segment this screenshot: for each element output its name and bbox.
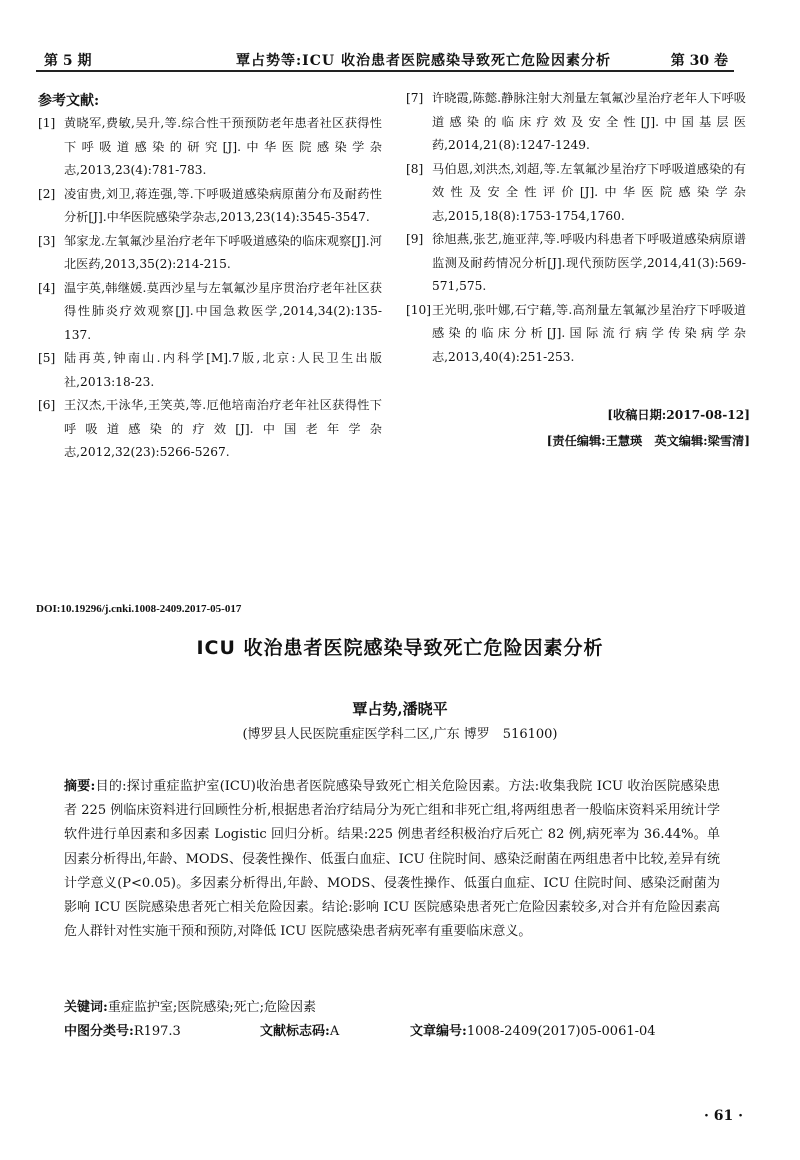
reference-item: [7] 许晓霞,陈懿.静脉注射大剂量左氧氟沙星治疗老年人下呼吸道感染的临床疗效及… xyxy=(406,87,746,158)
reference-number: [3] xyxy=(38,230,64,277)
reference-number: [10] xyxy=(406,299,432,370)
issue-number: 第 5 期 xyxy=(44,50,92,70)
running-title: 覃占势等:ICU 收治患者医院感染导致死亡危险因素分析 xyxy=(236,50,611,70)
editors-credit: [责任编辑:王慧瑛 英文编辑:梁雪清] xyxy=(547,432,750,449)
reference-number: [5] xyxy=(38,347,64,394)
document-code: 文献标志码:A xyxy=(260,1020,339,1039)
reference-text: 温宇英,韩继媛.莫西沙星与左氧氟沙星序贯治疗老年社区获得性肺炎疗效观察[J].中… xyxy=(64,277,382,348)
doi: DOI:10.19296/j.cnki.1008-2409.2017-05-01… xyxy=(36,603,241,615)
reference-text: 王汉杰,干泳华,王笑英,等.厄他培南治疗老年社区获得性下呼吸道感染的疗效[J].… xyxy=(64,394,382,465)
reference-number: [9] xyxy=(406,228,432,299)
page-number: · 61 · xyxy=(704,1108,743,1124)
reference-text: 凌宙贵,刘卫,蒋连强,等.下呼吸道感染病原菌分布及耐药性分析[J].中华医院感染… xyxy=(64,183,382,230)
reference-item: [5] 陆再英,钟南山.内科学[M].7版,北京:人民卫生出版社,2013:18… xyxy=(38,347,382,394)
reference-item: [9] 徐旭燕,张艺,施亚萍,等.呼吸内科患者下呼吸道感染病原谱监测及耐药情况分… xyxy=(406,228,746,299)
clc-number: 中图分类号:R197.3 xyxy=(64,1020,181,1039)
reference-item: [10] 王光明,张叶娜,石宁藉,等.高剂量左氧氟沙星治疗下呼吸道感染的临床分析… xyxy=(406,299,746,370)
reference-text: 陆再英,钟南山.内科学[M].7版,北京:人民卫生出版社,2013:18-23. xyxy=(64,347,382,394)
keywords: 关键词:重症监护室;医院感染;死亡;危险因素 xyxy=(64,996,316,1015)
author-affiliation: (博罗县人民医院重症医学科二区,广东 博罗 516100) xyxy=(0,723,800,742)
reference-item: [6] 王汉杰,干泳华,王笑英,等.厄他培南治疗老年社区获得性下呼吸道感染的疗效… xyxy=(38,394,382,465)
article-title: ICU 收治患者医院感染导致死亡危险因素分析 xyxy=(0,633,800,660)
reference-item: [3] 邹家龙.左氧氟沙星治疗老年下呼吸道感染的临床观察[J].河北医药,201… xyxy=(38,230,382,277)
reference-text: 马伯恩,刘洪杰,刘超,等.左氧氟沙星治疗下呼吸道感染的有效性及安全性评价[J].… xyxy=(432,158,746,229)
reference-item: [1] 黄晓军,费敏,吴升,等.综合性干预预防老年患者社区获得性下呼吸道感染的研… xyxy=(38,112,382,183)
reference-number: [7] xyxy=(406,87,432,158)
abstract-text: 目的:探讨重症监护室(ICU)收治患者医院感染导致死亡相关危险因素。方法:收集我… xyxy=(64,779,720,939)
reference-item: [2] 凌宙贵,刘卫,蒋连强,等.下呼吸道感染病原菌分布及耐药性分析[J].中华… xyxy=(38,183,382,230)
reference-item: [8] 马伯恩,刘洪杰,刘超,等.左氧氟沙星治疗下呼吸道感染的有效性及安全性评价… xyxy=(406,158,746,229)
references-column-left: [1] 黄晓军,费敏,吴升,等.综合性干预预防老年患者社区获得性下呼吸道感染的研… xyxy=(38,112,382,465)
reference-number: [1] xyxy=(38,112,64,183)
reference-text: 徐旭燕,张艺,施亚萍,等.呼吸内科患者下呼吸道感染病原谱监测及耐药情况分析[J]… xyxy=(432,228,746,299)
keywords-label: 关键词: xyxy=(64,1000,108,1015)
reference-item: [4] 温宇英,韩继媛.莫西沙星与左氧氟沙星序贯治疗老年社区获得性肺炎疗效观察[… xyxy=(38,277,382,348)
reference-text: 许晓霞,陈懿.静脉注射大剂量左氧氟沙星治疗老年人下呼吸道感染的临床疗效及安全性[… xyxy=(432,87,746,158)
reference-number: [6] xyxy=(38,394,64,465)
reference-number: [2] xyxy=(38,183,64,230)
reference-text: 黄晓军,费敏,吴升,等.综合性干预预防老年患者社区获得性下呼吸道感染的研究[J]… xyxy=(64,112,382,183)
keywords-text: 重症监护室;医院感染;死亡;危险因素 xyxy=(108,1000,316,1015)
article-number: 文章编号:1008-2409(2017)05-0061-04 xyxy=(410,1020,656,1039)
references-heading: 参考文献: xyxy=(38,90,99,110)
article-authors: 覃占势,潘晓平 xyxy=(0,698,800,719)
volume-number: 第 30 卷 xyxy=(671,50,728,70)
running-header: 第 5 期 覃占势等:ICU 收治患者医院感染导致死亡危险因素分析 第 30 卷 xyxy=(36,48,734,72)
reference-number: [4] xyxy=(38,277,64,348)
reference-text: 王光明,张叶娜,石宁藉,等.高剂量左氧氟沙星治疗下呼吸道感染的临床分析[J].国… xyxy=(432,299,746,370)
reference-number: [8] xyxy=(406,158,432,229)
references-column-right: [7] 许晓霞,陈懿.静脉注射大剂量左氧氟沙星治疗老年人下呼吸道感染的临床疗效及… xyxy=(406,87,746,369)
abstract: 摘要:目的:探讨重症监护室(ICU)收治患者医院感染导致死亡相关危险因素。方法:… xyxy=(64,775,720,944)
reference-text: 邹家龙.左氧氟沙星治疗老年下呼吸道感染的临床观察[J].河北医药,2013,35… xyxy=(64,230,382,277)
abstract-label: 摘要: xyxy=(64,779,95,794)
received-date: [收稿日期:2017-08-12] xyxy=(607,406,750,423)
